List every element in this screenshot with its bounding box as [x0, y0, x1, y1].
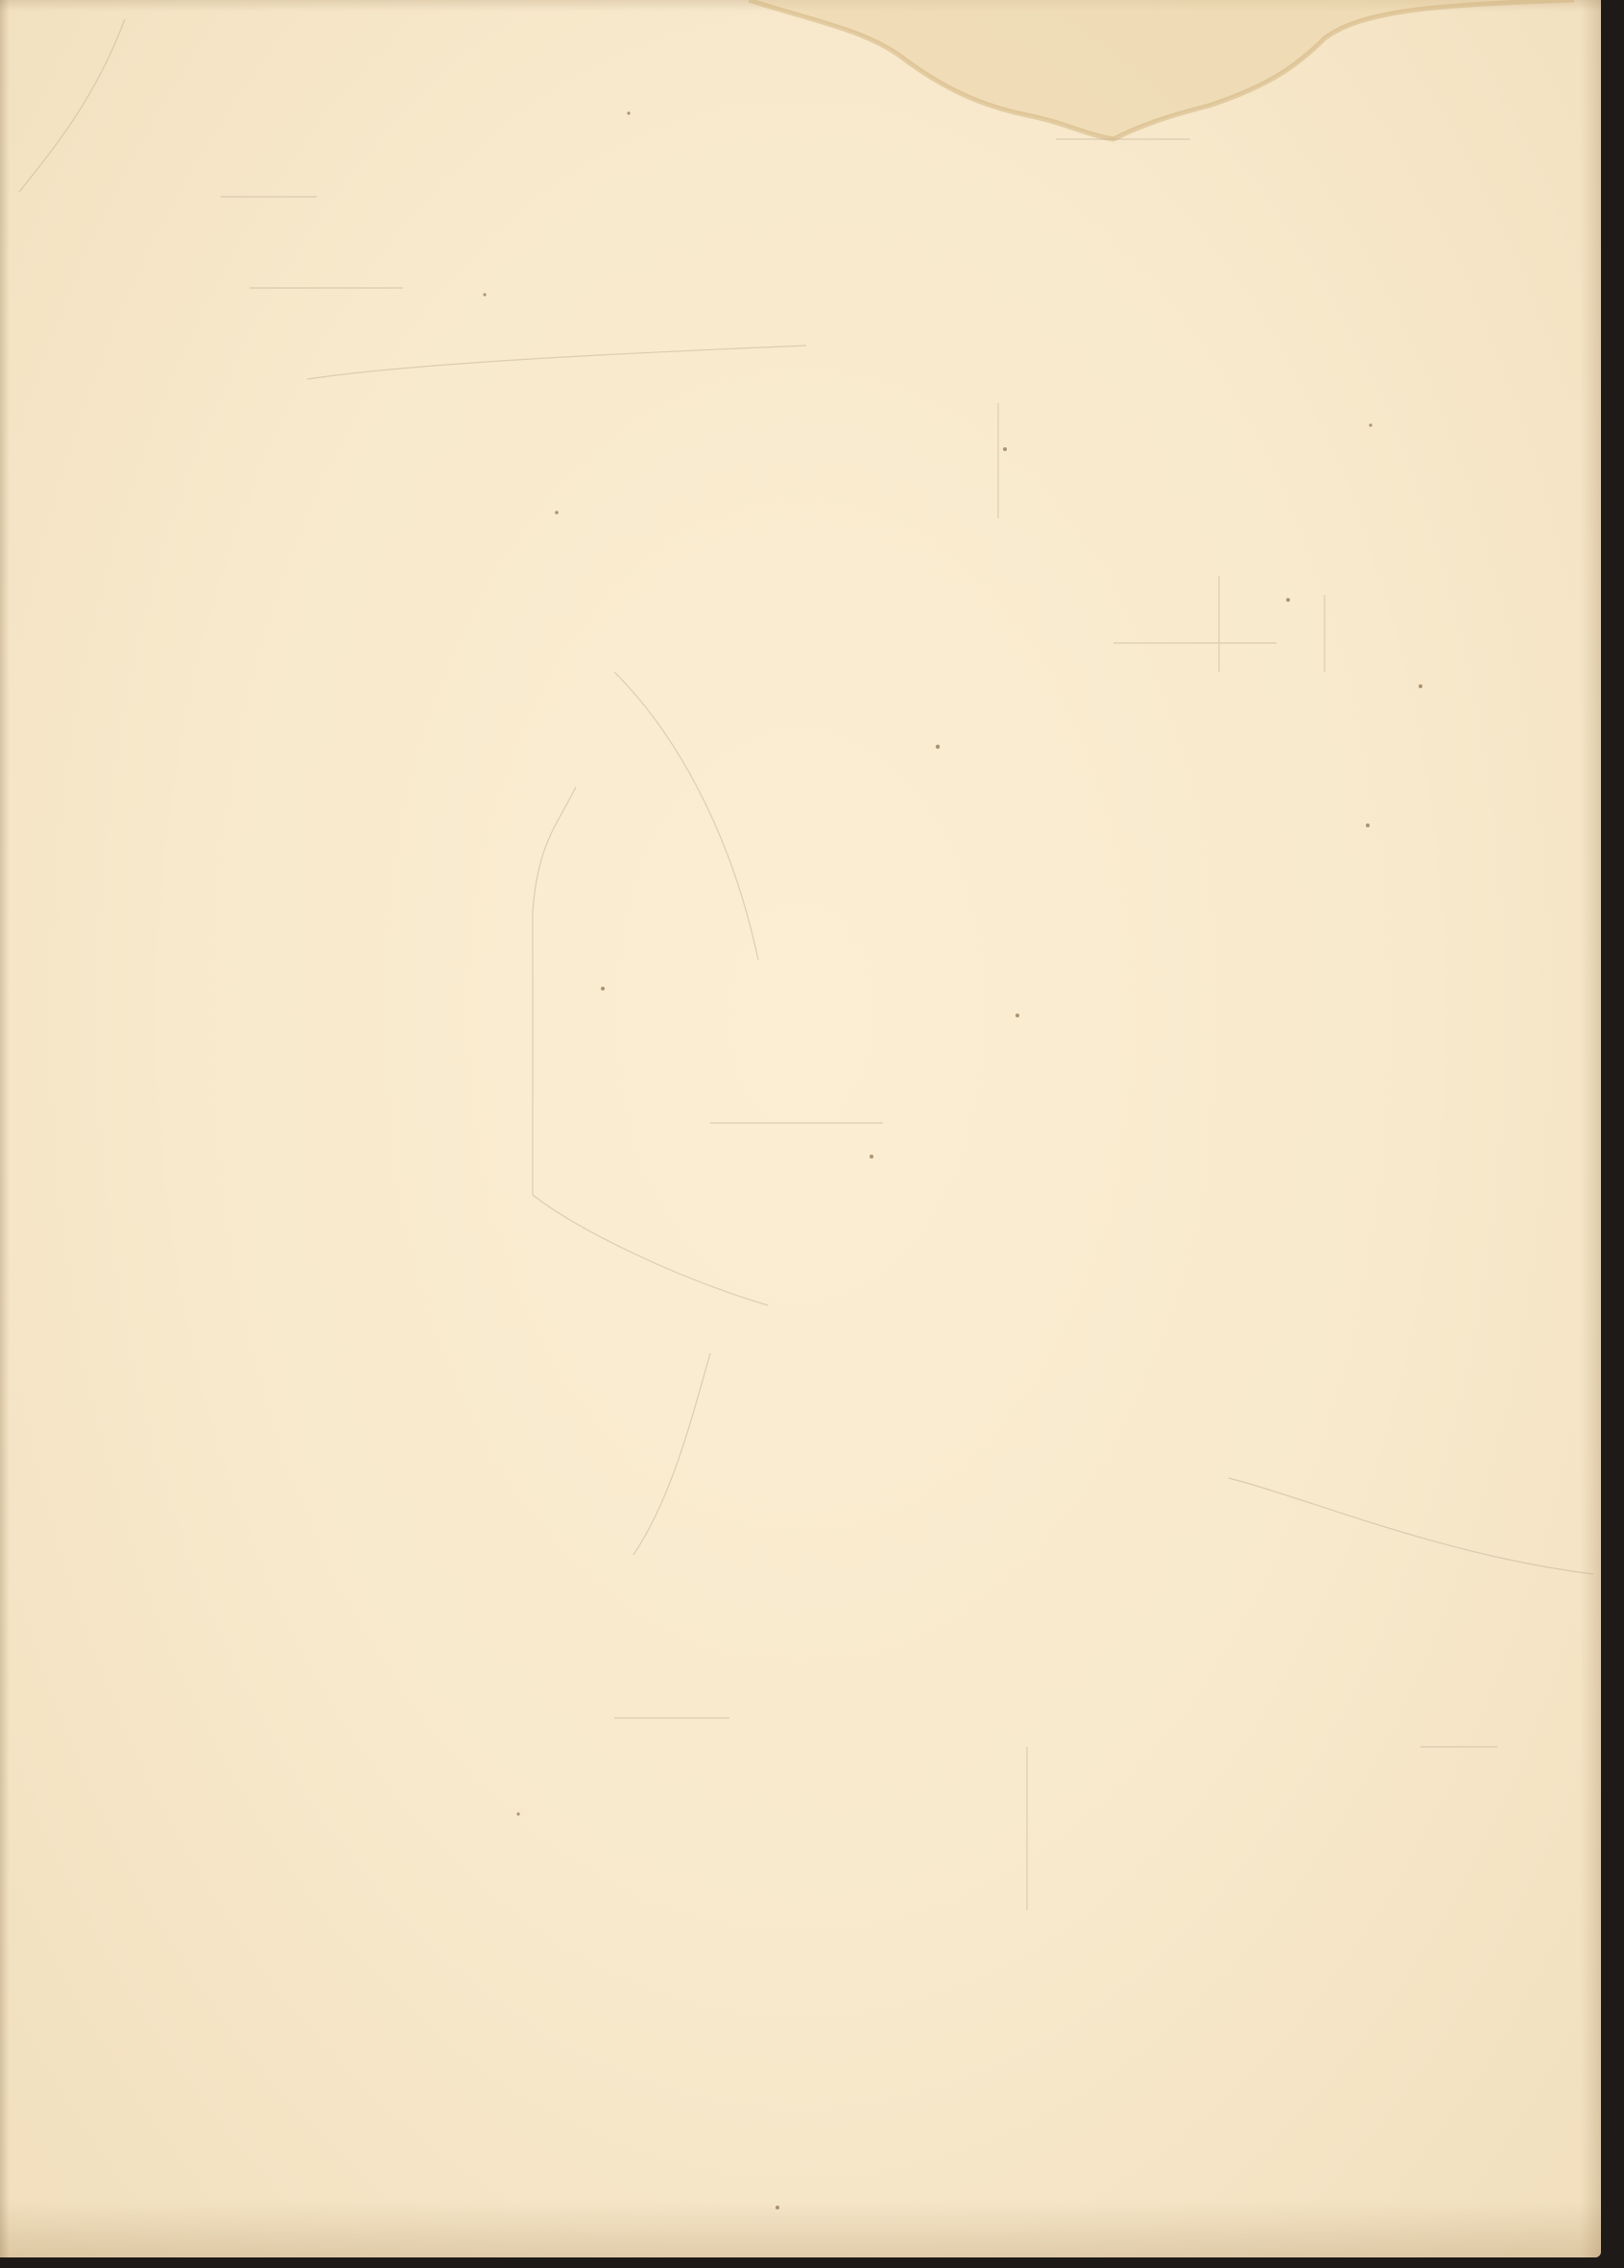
blank-paper-sheet	[0, 0, 1601, 2257]
faint-scratch-marks	[0, 0, 1601, 2257]
